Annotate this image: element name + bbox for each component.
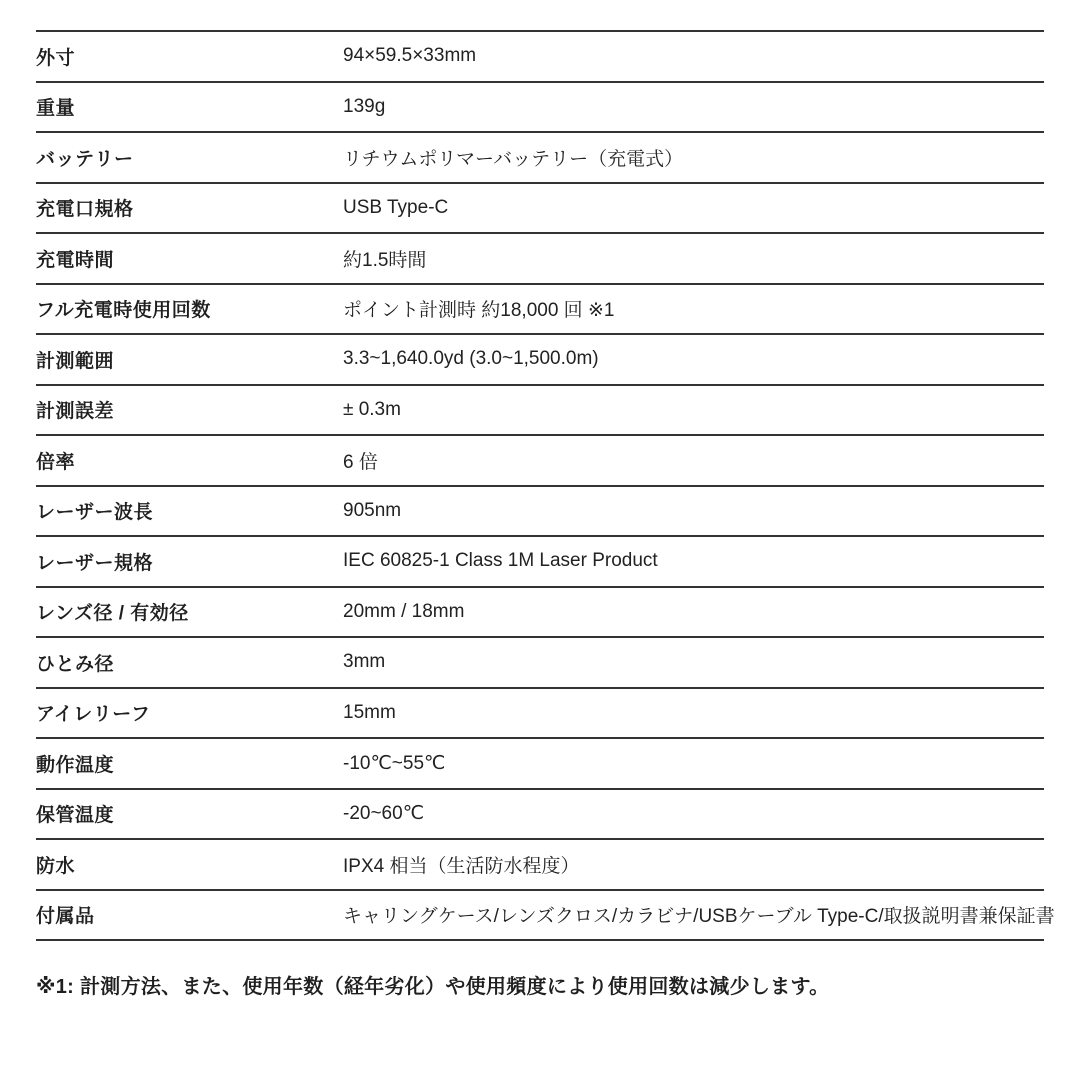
spec-label: 保管温度: [36, 800, 343, 827]
table-row: バッテリーリチウムポリマーバッテリー（充電式）: [36, 131, 1044, 182]
spec-value: 15mm: [343, 702, 1044, 724]
spec-value: 20mm / 18mm: [343, 601, 1044, 623]
spec-value: -20~60℃: [343, 802, 1044, 825]
spec-value: 3.3~1,640.0yd (3.0~1,500.0m): [343, 348, 1044, 370]
spec-value: USB Type-C: [343, 197, 1044, 219]
spec-label: バッテリー: [36, 144, 343, 171]
table-row: 重量139g: [36, 81, 1044, 132]
spec-value: 約1.5時間: [343, 245, 1044, 272]
table-row: アイレリーフ15mm: [36, 687, 1044, 738]
spec-label: アイレリーフ: [36, 699, 343, 726]
table-row: 付属品キャリングケース/レンズクロス/カラビナ/USBケーブル Type-C/取…: [36, 889, 1044, 940]
spec-value: 3mm: [343, 651, 1044, 673]
spec-value: 139g: [343, 96, 1044, 118]
spec-label: 充電時間: [36, 245, 343, 272]
spec-value: 905nm: [343, 500, 1044, 522]
spec-label: ひとみ径: [36, 649, 343, 676]
spec-label: 付属品: [36, 901, 343, 928]
footnote: ※1: 計測方法、また、使用年数（経年劣化）や使用頻度により使用回数は減少します…: [36, 970, 1044, 999]
spec-label: 倍率: [36, 447, 343, 474]
table-row: 防水IPX4 相当（生活防水程度）: [36, 838, 1044, 889]
spec-label: 外寸: [36, 43, 343, 70]
table-row: 計測範囲3.3~1,640.0yd (3.0~1,500.0m): [36, 333, 1044, 384]
spec-label: レンズ径 / 有効径: [36, 598, 343, 625]
spec-label: 防水: [36, 851, 343, 878]
table-row: 外寸94×59.5×33mm: [36, 30, 1044, 81]
spec-value: 6 倍: [343, 447, 1044, 474]
table-row: レンズ径 / 有効径20mm / 18mm: [36, 586, 1044, 637]
spec-label: 重量: [36, 93, 343, 120]
spec-label: 計測誤差: [36, 396, 343, 423]
spec-value: ± 0.3m: [343, 399, 1044, 421]
table-row: 充電口規格USB Type-C: [36, 182, 1044, 233]
table-row: ひとみ径3mm: [36, 636, 1044, 687]
spec-value: 94×59.5×33mm: [343, 45, 1044, 67]
table-row: フル充電時使用回数ポイント計測時 約18,000 回 ※1: [36, 283, 1044, 334]
table-row: 倍率6 倍: [36, 434, 1044, 485]
spec-value: リチウムポリマーバッテリー（充電式）: [343, 144, 1044, 171]
spec-label: 動作温度: [36, 750, 343, 777]
spec-sheet-page: 外寸94×59.5×33mm重量139gバッテリーリチウムポリマーバッテリー（充…: [0, 0, 1080, 1080]
spec-label: レーザー規格: [36, 548, 343, 575]
table-row: 保管温度-20~60℃: [36, 788, 1044, 839]
spec-label: レーザー波長: [36, 497, 343, 524]
table-row: レーザー規格IEC 60825-1 Class 1M Laser Product: [36, 535, 1044, 586]
spec-label: 計測範囲: [36, 346, 343, 373]
table-row: 計測誤差± 0.3m: [36, 384, 1044, 435]
spec-table: 外寸94×59.5×33mm重量139gバッテリーリチウムポリマーバッテリー（充…: [36, 30, 1044, 941]
spec-value: キャリングケース/レンズクロス/カラビナ/USBケーブル Type-C/取扱説明…: [343, 901, 1055, 928]
spec-value: -10℃~55℃: [343, 752, 1044, 775]
spec-label: フル充電時使用回数: [36, 295, 343, 322]
spec-value: ポイント計測時 約18,000 回 ※1: [343, 295, 1044, 322]
table-row: 動作温度-10℃~55℃: [36, 737, 1044, 788]
spec-value: IEC 60825-1 Class 1M Laser Product: [343, 550, 1044, 572]
table-row: レーザー波長905nm: [36, 485, 1044, 536]
spec-value: IPX4 相当（生活防水程度）: [343, 851, 1044, 878]
spec-label: 充電口規格: [36, 194, 343, 221]
table-row: 充電時間約1.5時間: [36, 232, 1044, 283]
